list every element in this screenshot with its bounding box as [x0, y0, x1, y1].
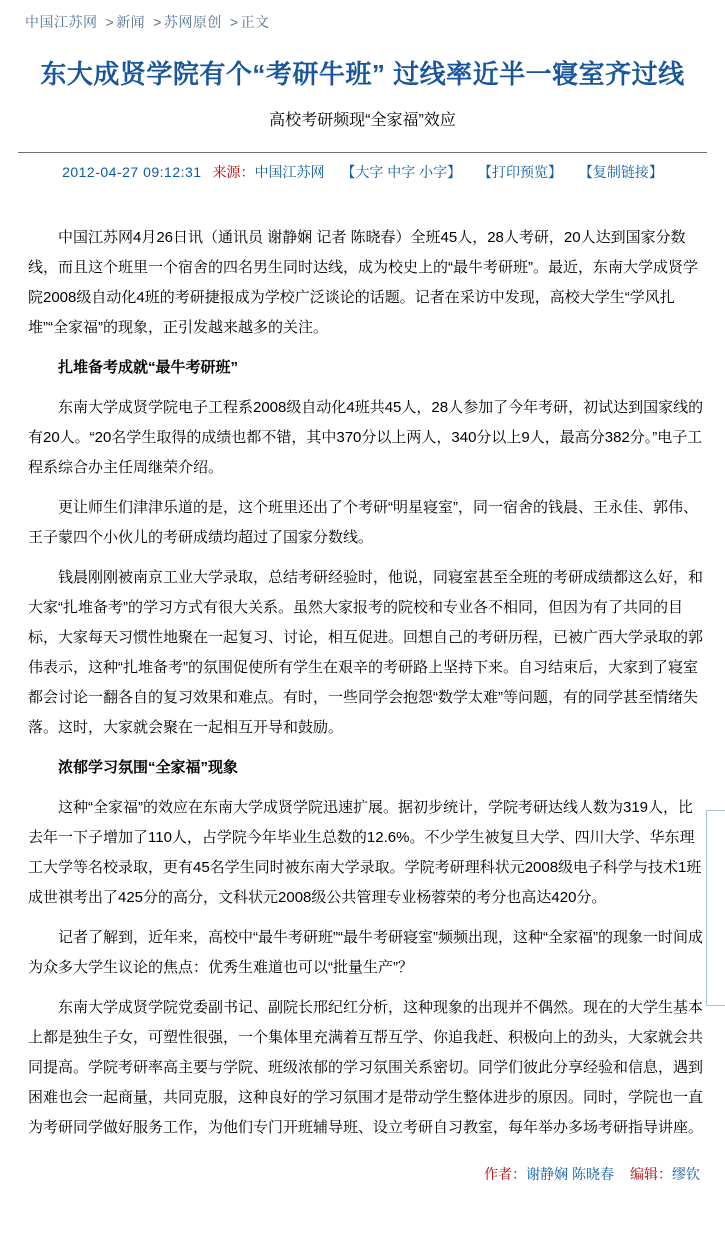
- paragraph: 记者了解到，近年来，高校中“最牛考研班”“最牛考研寝室”频频出现，这种“全家福”…: [28, 923, 707, 983]
- paragraph: 东南大学成贤学院党委副书记、副院长邢纪红分析，这种现象的出现并不偶然。现在的大学…: [28, 993, 707, 1143]
- paragraph: 东南大学成贤学院电子工程系2008级自动化4班共45人，28人参加了今年考研，初…: [28, 393, 707, 483]
- breadcrumb-site-home[interactable]: 中国江苏网: [25, 14, 98, 30]
- font-size-tool[interactable]: 【大字 中字 小字】: [341, 164, 461, 180]
- breadcrumb-separator: >: [153, 14, 162, 30]
- section-heading-2: 浓郁学习氛围“全家福”现象: [28, 753, 707, 783]
- source-label: 来源：: [212, 164, 254, 180]
- page-title: 东大成贤学院有个“考研牛班” 过线率近半一寝室齐过线: [18, 57, 707, 91]
- breadcrumb: 中国江苏网>新闻>苏网原创>正文: [18, 12, 707, 32]
- paragraph: 这种“全家福”的效应在东南大学成贤学院迅速扩展。据初步统计，学院考研达线人数为3…: [28, 793, 707, 913]
- article-footer: 作者：谢静娴 陈晓春编辑：缪钦: [18, 1164, 707, 1184]
- paragraph-lead: 中国江苏网4月26日讯（通讯员 谢静娴 记者 陈晓春）全班45人，28人考研，2…: [28, 223, 707, 343]
- author-label: 作者：: [484, 1166, 526, 1182]
- page-subtitle: 高校考研频现“全家福”效应: [18, 107, 707, 130]
- article-page: 中国江苏网>新闻>苏网原创>正文 东大成贤学院有个“考研牛班” 过线率近半一寝室…: [0, 0, 725, 1184]
- paragraph: 更让师生们津津乐道的是，这个班里还出了个考研“明星寝室”，同一宿舍的钱晨、王永佳…: [28, 493, 707, 553]
- meta-bar: 2012-04-27 09:12:31 来源：中国江苏网 【大字 中字 小字】 …: [18, 162, 707, 182]
- breadcrumb-separator: >: [106, 14, 115, 30]
- editor-label: 编辑：: [630, 1166, 672, 1182]
- source-link[interactable]: 中国江苏网: [254, 164, 324, 180]
- print-preview-tool[interactable]: 【打印预览】: [478, 164, 562, 180]
- breadcrumb-current: 正文: [241, 14, 270, 30]
- breadcrumb-separator: >: [230, 14, 239, 30]
- author-names: 谢静娴 陈晓春: [526, 1166, 614, 1182]
- copy-link-tool[interactable]: 【复制链接】: [579, 164, 663, 180]
- breadcrumb-original[interactable]: 苏网原创: [164, 14, 222, 30]
- breadcrumb-news[interactable]: 新闻: [116, 14, 145, 30]
- share-widget-partial[interactable]: [706, 810, 725, 1006]
- editor-name: 缪钦: [672, 1166, 700, 1182]
- divider: [18, 152, 707, 153]
- publish-datetime: 2012-04-27 09:12:31: [62, 164, 202, 180]
- section-heading-1: 扎堆备考成就“最牛考研班”: [28, 353, 707, 383]
- article-body: 中国江苏网4月26日讯（通讯员 谢静娴 记者 陈晓春）全班45人，28人考研，2…: [18, 223, 707, 1143]
- paragraph: 钱晨刚刚被南京工业大学录取，总结考研经验时，他说，同寝室甚至全班的考研成绩都这么…: [28, 563, 707, 743]
